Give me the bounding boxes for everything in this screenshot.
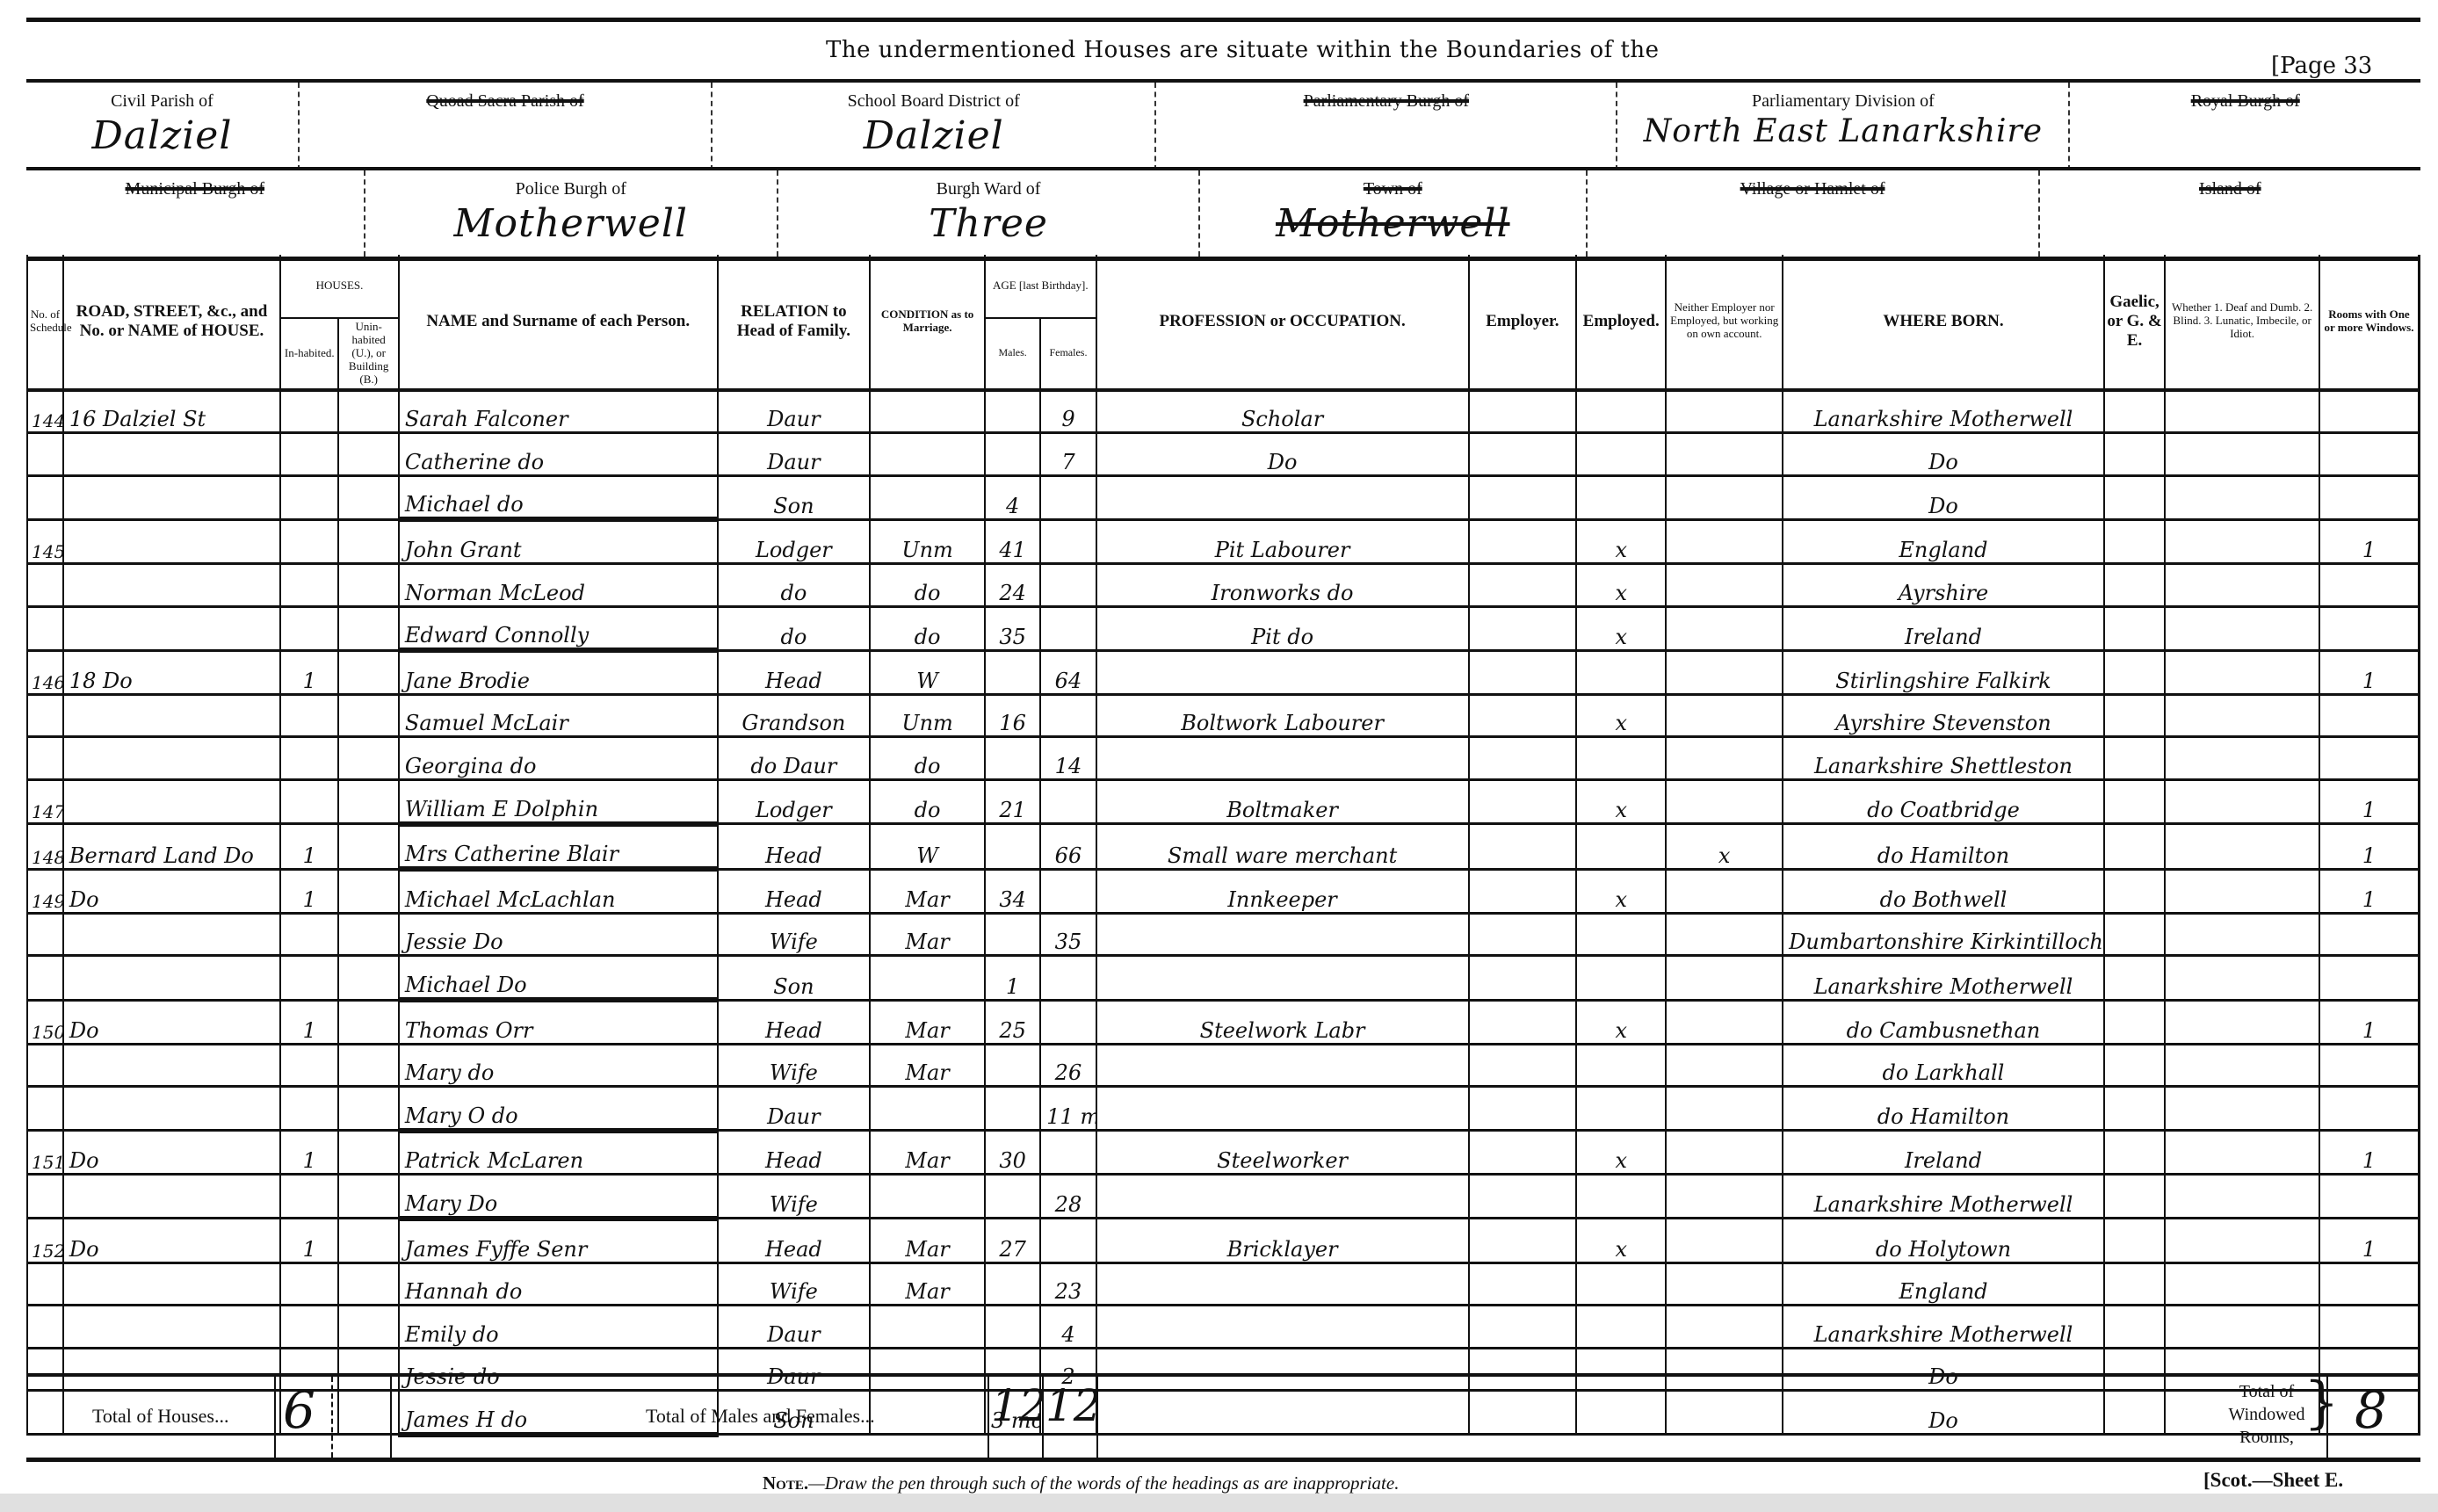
own-account-cell (1666, 650, 1783, 694)
inhabited-cell (280, 475, 338, 519)
inhabited-cell (280, 780, 338, 824)
employer-cell (1469, 1087, 1577, 1131)
road-cell (63, 433, 280, 476)
road-cell: Do (63, 1131, 280, 1175)
rooms-cell: 1 (2319, 824, 2420, 870)
condition-cell: Mar (870, 1262, 985, 1306)
relation-cell: Head (718, 1219, 871, 1262)
uninhabited-cell (338, 390, 398, 433)
road-cell: 18 Do (63, 650, 280, 694)
condition-cell: Unm (870, 519, 985, 563)
employed-cell (1576, 913, 1666, 956)
col-condition: CONDITION as to Marriage. (870, 255, 985, 390)
police-burgh-cell: Police Burgh of Motherwell (365, 170, 778, 257)
infirmity-cell (2165, 1087, 2319, 1131)
infirmity-cell (2165, 869, 2319, 913)
name-cell: James Fyffe Senr (399, 1219, 718, 1262)
footer-note: Note.—Draw the pen through such of the w… (763, 1472, 1399, 1494)
females-age-cell: 35 (1040, 913, 1096, 956)
infirmity-cell (2165, 606, 2319, 650)
inhabited-cell: 1 (280, 1000, 338, 1044)
total-females-value: 12 (1045, 1380, 1102, 1431)
where-born-cell: Do (1783, 475, 2104, 519)
name-cell: Patrick McLaren (399, 1131, 718, 1175)
table-row: 150Do1Thomas OrrHeadMar25Steelwork Labrx… (27, 1000, 2420, 1044)
col-houses: HOUSES. (280, 255, 399, 318)
table-row: Michael doSon4Do (27, 475, 2420, 519)
occupation-cell: Pit do (1096, 606, 1469, 650)
gaelic-cell (2104, 475, 2165, 519)
employer-cell (1469, 1262, 1577, 1306)
occupation-cell (1096, 913, 1469, 956)
road-cell (63, 1044, 280, 1087)
employed-cell (1576, 433, 1666, 476)
schedule-cell (27, 475, 63, 519)
royal-burgh-label: Royal Burgh of (2070, 91, 2420, 112)
males-age-cell: 25 (985, 1000, 1040, 1044)
road-cell (63, 1087, 280, 1131)
employed-cell (1576, 737, 1666, 780)
own-account-cell (1666, 1087, 1783, 1131)
males-age-cell (985, 1262, 1040, 1306)
males-age-cell (985, 824, 1040, 870)
inhabited-cell: 1 (280, 869, 338, 913)
royal-burgh-cell: Royal Burgh of (2070, 83, 2420, 170)
where-born-cell: do Hamilton (1783, 1087, 2104, 1131)
road-cell (63, 519, 280, 563)
condition-cell (870, 956, 985, 1000)
name-cell: Mary do (399, 1044, 718, 1087)
town-value: Motherwell (1200, 201, 1585, 246)
table-row: Catherine doDaur7DoDo (27, 433, 2420, 476)
relation-cell: Lodger (718, 519, 871, 563)
uninhabited-cell (338, 1175, 398, 1219)
table-row: Hannah doWifeMar23England (27, 1262, 2420, 1306)
table-row: Edward Connollydodo35Pit doxIreland (27, 606, 2420, 650)
quoad-sacra-parish-cell: Quoad Sacra Parish of (300, 83, 713, 170)
males-age-cell: 4 (985, 475, 1040, 519)
where-born-cell: Lanarkshire Motherwell (1783, 956, 2104, 1000)
relation-cell: Wife (718, 913, 871, 956)
col-where-born: WHERE BORN. (1783, 255, 2104, 390)
name-cell: Norman McLeod (399, 564, 718, 607)
inhabited-cell (280, 390, 338, 433)
employed-cell (1576, 1262, 1666, 1306)
condition-cell: Mar (870, 1131, 985, 1175)
condition-cell: do (870, 564, 985, 607)
inhabited-cell: 1 (280, 650, 338, 694)
civil-parish-label: Civil Parish of (26, 91, 298, 112)
schedule-cell: 151 (27, 1131, 63, 1175)
name-cell: Mary O do (399, 1087, 718, 1131)
occupation-cell: Steelworker (1096, 1131, 1469, 1175)
relation-cell: Head (718, 869, 871, 913)
total-houses-value: 6 (283, 1380, 315, 1440)
own-account-cell (1666, 913, 1783, 956)
rooms-cell: 1 (2319, 1000, 2420, 1044)
occupation-cell: Pit Labourer (1096, 519, 1469, 563)
own-account-cell (1666, 475, 1783, 519)
rooms-cell: 1 (2319, 650, 2420, 694)
occupation-cell (1096, 650, 1469, 694)
own-account-cell (1666, 694, 1783, 737)
gaelic-cell (2104, 1044, 2165, 1087)
civil-parish-cell: Civil Parish of Dalziel (26, 83, 300, 170)
employer-cell (1469, 824, 1577, 870)
rooms-cell: 1 (2319, 780, 2420, 824)
inhabited-cell (280, 1044, 338, 1087)
brace-glyph: } (2304, 1371, 2340, 1436)
infirmity-cell (2165, 1262, 2319, 1306)
gaelic-cell (2104, 390, 2165, 433)
employer-cell (1469, 1000, 1577, 1044)
gaelic-cell (2104, 869, 2165, 913)
employer-cell (1469, 519, 1577, 563)
rooms-cell (2319, 475, 2420, 519)
females-age-cell (1040, 606, 1096, 650)
relation-cell: do (718, 606, 871, 650)
rooms-cell (2319, 913, 2420, 956)
own-account-cell (1666, 519, 1783, 563)
occupation-cell (1096, 1087, 1469, 1131)
boundaries-row-1: Civil Parish of Dalziel Quoad Sacra Pari… (26, 79, 2420, 170)
occupation-cell: Boltwork Labourer (1096, 694, 1469, 737)
name-cell: Mrs Catherine Blair (399, 824, 718, 870)
gaelic-cell (2104, 1175, 2165, 1219)
col-females: Females. (1040, 318, 1096, 390)
col-infirmity: Whether 1. Deaf and Dumb. 2. Blind. 3. L… (2165, 255, 2319, 390)
males-age-cell (985, 1087, 1040, 1131)
females-age-cell: 11 mo (1040, 1087, 1096, 1131)
females-age-cell: 23 (1040, 1262, 1096, 1306)
page-number: [Page 33 (2271, 53, 2372, 79)
males-age-cell (985, 913, 1040, 956)
village-hamlet-label: Village or Hamlet of (1588, 179, 2038, 199)
occupation-cell (1096, 956, 1469, 1000)
uninhabited-cell (338, 1000, 398, 1044)
table-row: Jessie DoWifeMar35Dumbartonshire Kirkint… (27, 913, 2420, 956)
employer-cell (1469, 390, 1577, 433)
top-border (26, 18, 2420, 22)
females-age-cell: 7 (1040, 433, 1096, 476)
where-born-cell: England (1783, 1262, 2104, 1306)
name-cell: John Grant (399, 519, 718, 563)
where-born-cell: Ayrshire Stevenston (1783, 694, 2104, 737)
total-persons-label: Total of Males and Females... (646, 1405, 875, 1428)
name-cell: William E Dolphin (399, 780, 718, 824)
parliamentary-division-label: Parliamentary Division of (1617, 91, 2068, 112)
employed-cell: x (1576, 780, 1666, 824)
gaelic-cell (2104, 1219, 2165, 1262)
employer-cell (1469, 737, 1577, 780)
total-males-value: 12 (991, 1380, 1047, 1431)
col-uninhabited: Unin-habited (U.), or Building (B.) (338, 318, 398, 390)
col-age: AGE [last Birthday]. (985, 255, 1096, 318)
where-born-cell: Lanarkshire Motherwell (1783, 1175, 2104, 1219)
occupation-cell: Innkeeper (1096, 869, 1469, 913)
road-cell (63, 694, 280, 737)
col-own-account: Neither Employer nor Employed, but worki… (1666, 255, 1783, 390)
table-row: 145John GrantLodgerUnm41Pit LabourerxEng… (27, 519, 2420, 563)
note-text: —Draw the pen through such of the words … (808, 1472, 1399, 1494)
where-born-cell: Dumbartonshire Kirkintilloch (1783, 913, 2104, 956)
males-age-cell: 41 (985, 519, 1040, 563)
infirmity-cell (2165, 1219, 2319, 1262)
condition-cell: do (870, 606, 985, 650)
municipal-burgh-label: Municipal Burgh of (26, 179, 364, 199)
occupation-cell: Small ware merchant (1096, 824, 1469, 870)
infirmity-cell (2165, 519, 2319, 563)
males-age-cell (985, 1306, 1040, 1349)
col-name: NAME and Surname of each Person. (399, 255, 718, 390)
occupation-cell: Do (1096, 433, 1469, 476)
parliamentary-division-value: North East Lanarkshire (1617, 113, 2068, 149)
boundaries-row-2: Municipal Burgh of Police Burgh of Mothe… (26, 167, 2420, 261)
inhabited-cell: 1 (280, 824, 338, 870)
uninhabited-cell (338, 913, 398, 956)
schedule-cell (27, 1044, 63, 1087)
total-houses-label: Total of Houses... (92, 1405, 229, 1428)
employed-cell: x (1576, 606, 1666, 650)
occupation-cell: Steelwork Labr (1096, 1000, 1469, 1044)
schedule-cell (27, 1262, 63, 1306)
rooms-cell (2319, 694, 2420, 737)
employer-cell (1469, 606, 1577, 650)
road-cell: Do (63, 1000, 280, 1044)
infirmity-cell (2165, 913, 2319, 956)
schedule-cell (27, 1306, 63, 1349)
uninhabited-cell (338, 824, 398, 870)
inhabited-cell (280, 519, 338, 563)
col-relation: RELATION to Head of Family. (718, 255, 871, 390)
name-cell: Michael do (399, 475, 718, 519)
gaelic-cell (2104, 433, 2165, 476)
condition-cell (870, 1175, 985, 1219)
road-cell: Do (63, 1219, 280, 1262)
schedule-cell: 147 (27, 780, 63, 824)
gaelic-cell (2104, 694, 2165, 737)
uninhabited-cell (338, 1219, 398, 1262)
gaelic-cell (2104, 564, 2165, 607)
employed-cell: x (1576, 1000, 1666, 1044)
uninhabited-cell (338, 519, 398, 563)
schedule-cell: 145 (27, 519, 63, 563)
uninhabited-cell (338, 1131, 398, 1175)
females-age-cell: 28 (1040, 1175, 1096, 1219)
condition-cell: do (870, 737, 985, 780)
col-inhabited: In-habited. (280, 318, 338, 390)
employer-cell (1469, 433, 1577, 476)
condition-cell: W (870, 824, 985, 870)
table-row: 14618 Do1Jane BrodieHeadW64Stirlingshire… (27, 650, 2420, 694)
uninhabited-cell (338, 1306, 398, 1349)
name-cell: Samuel McLair (399, 694, 718, 737)
schedule-cell (27, 737, 63, 780)
own-account-cell (1666, 1044, 1783, 1087)
table-row: Mary doWifeMar26do Larkhall (27, 1044, 2420, 1087)
table-row: Mary DoWife28Lanarkshire Motherwell (27, 1175, 2420, 1219)
schedule-cell (27, 606, 63, 650)
inhabited-cell (280, 1087, 338, 1131)
uninhabited-cell (338, 1262, 398, 1306)
total-rooms-value: 8 (2355, 1380, 2387, 1440)
where-born-cell: England (1783, 519, 2104, 563)
females-age-cell: 64 (1040, 650, 1096, 694)
infirmity-cell (2165, 433, 2319, 476)
infirmity-cell (2165, 1175, 2319, 1219)
table-row: 152Do1James Fyffe SenrHeadMar27Bricklaye… (27, 1219, 2420, 1262)
females-age-cell: 66 (1040, 824, 1096, 870)
own-account-cell (1666, 869, 1783, 913)
relation-cell: Wife (718, 1044, 871, 1087)
relation-cell: Head (718, 1131, 871, 1175)
burgh-ward-cell: Burgh Ward of Three (778, 170, 1200, 257)
school-board-district-cell: School Board District of Dalziel (713, 83, 1156, 170)
road-cell (63, 956, 280, 1000)
relation-cell: Wife (718, 1262, 871, 1306)
males-age-cell: 16 (985, 694, 1040, 737)
col-occupation: PROFESSION or OCCUPATION. (1096, 255, 1469, 390)
rooms-cell (2319, 564, 2420, 607)
occupation-cell (1096, 475, 1469, 519)
males-age-cell (985, 433, 1040, 476)
name-cell: Hannah do (399, 1262, 718, 1306)
females-age-cell (1040, 519, 1096, 563)
sheet-label: [Scot.—Sheet E. (2203, 1469, 2343, 1492)
condition-cell: Mar (870, 913, 985, 956)
rooms-cell (2319, 956, 2420, 1000)
relation-cell: do Daur (718, 737, 871, 780)
road-cell: Bernard Land Do (63, 824, 280, 870)
occupation-cell (1096, 1262, 1469, 1306)
table-row: 149Do1Michael McLachlanHeadMar34Innkeepe… (27, 869, 2420, 913)
col-rooms: Rooms with One or more Windows. (2319, 255, 2420, 390)
inhabited-cell (280, 737, 338, 780)
where-born-cell: Ireland (1783, 606, 2104, 650)
rooms-cell (2319, 433, 2420, 476)
where-born-cell: do Bothwell (1783, 869, 2104, 913)
uninhabited-cell (338, 564, 398, 607)
relation-cell: Daur (718, 390, 871, 433)
where-born-cell: Do (1783, 433, 2104, 476)
rooms-cell: 1 (2319, 519, 2420, 563)
own-account-cell: x (1666, 824, 1783, 870)
condition-cell: Mar (870, 869, 985, 913)
police-burgh-label: Police Burgh of (365, 179, 777, 199)
infirmity-cell (2165, 737, 2319, 780)
uninhabited-cell (338, 433, 398, 476)
gaelic-cell (2104, 1306, 2165, 1349)
employer-cell (1469, 869, 1577, 913)
occupation-cell: Bricklayer (1096, 1219, 1469, 1262)
relation-cell: Head (718, 650, 871, 694)
infirmity-cell (2165, 390, 2319, 433)
males-age-cell (985, 1044, 1040, 1087)
females-age-cell (1040, 956, 1096, 1000)
municipal-burgh-cell: Municipal Burgh of (26, 170, 365, 257)
parliamentary-burgh-label: Parliamentary Burgh of (1156, 91, 1616, 112)
name-cell: Michael Do (399, 956, 718, 1000)
burgh-ward-label: Burgh Ward of (778, 179, 1198, 199)
inhabited-cell: 1 (280, 1131, 338, 1175)
males-age-cell: 21 (985, 780, 1040, 824)
infirmity-cell (2165, 780, 2319, 824)
where-born-cell: do Larkhall (1783, 1044, 2104, 1087)
relation-cell: Son (718, 956, 871, 1000)
employer-cell (1469, 1306, 1577, 1349)
occupation-cell (1096, 1175, 1469, 1219)
inhabited-cell (280, 606, 338, 650)
employer-cell (1469, 913, 1577, 956)
uninhabited-cell (338, 737, 398, 780)
col-employed: Employed. (1576, 255, 1666, 390)
employer-cell (1469, 564, 1577, 607)
inhabited-cell (280, 1306, 338, 1349)
parliamentary-division-cell: Parliamentary Division of North East Lan… (1617, 83, 2070, 170)
infirmity-cell (2165, 824, 2319, 870)
where-born-cell: Stirlingshire Falkirk (1783, 650, 2104, 694)
where-born-cell: Lanarkshire Motherwell (1783, 390, 2104, 433)
inhabited-cell (280, 913, 338, 956)
females-age-cell (1040, 475, 1096, 519)
employed-cell (1576, 956, 1666, 1000)
name-cell: Mary Do (399, 1175, 718, 1219)
police-burgh-value: Motherwell (365, 201, 777, 246)
gaelic-cell (2104, 913, 2165, 956)
where-born-cell: Ireland (1783, 1131, 2104, 1175)
females-age-cell (1040, 780, 1096, 824)
condition-cell (870, 390, 985, 433)
road-cell (63, 475, 280, 519)
gaelic-cell (2104, 519, 2165, 563)
rooms-cell: 1 (2319, 1131, 2420, 1175)
rooms-cell (2319, 606, 2420, 650)
occupation-cell (1096, 1306, 1469, 1349)
employed-cell (1576, 650, 1666, 694)
where-born-cell: Lanarkshire Motherwell (1783, 1306, 2104, 1349)
infirmity-cell (2165, 956, 2319, 1000)
name-cell: Georgina do (399, 737, 718, 780)
gaelic-cell (2104, 956, 2165, 1000)
schedule-cell (27, 694, 63, 737)
table-row: Georgina dodo Daurdo14Lanarkshire Shettl… (27, 737, 2420, 780)
rooms-cell: 1 (2319, 869, 2420, 913)
males-age-cell: 27 (985, 1219, 1040, 1262)
schedule-cell: 152 (27, 1219, 63, 1262)
own-account-cell (1666, 1000, 1783, 1044)
occupation-cell (1096, 1044, 1469, 1087)
inhabited-cell (280, 694, 338, 737)
where-born-cell: Lanarkshire Shettleston (1783, 737, 2104, 780)
road-cell (63, 606, 280, 650)
relation-cell: Grandson (718, 694, 871, 737)
employer-cell (1469, 650, 1577, 694)
own-account-cell (1666, 564, 1783, 607)
males-age-cell: 34 (985, 869, 1040, 913)
infirmity-cell (2165, 650, 2319, 694)
table-row: Norman McLeoddodo24Ironworks doxAyrshire (27, 564, 2420, 607)
employer-cell (1469, 694, 1577, 737)
town-label: Town of (1200, 179, 1585, 199)
condition-cell: Mar (870, 1219, 985, 1262)
males-age-cell: 24 (985, 564, 1040, 607)
col-males: Males. (985, 318, 1040, 390)
table-row: Emily doDaur4Lanarkshire Motherwell (27, 1306, 2420, 1349)
road-cell (63, 1306, 280, 1349)
gaelic-cell (2104, 1262, 2165, 1306)
relation-cell: Daur (718, 1306, 871, 1349)
uninhabited-cell (338, 475, 398, 519)
